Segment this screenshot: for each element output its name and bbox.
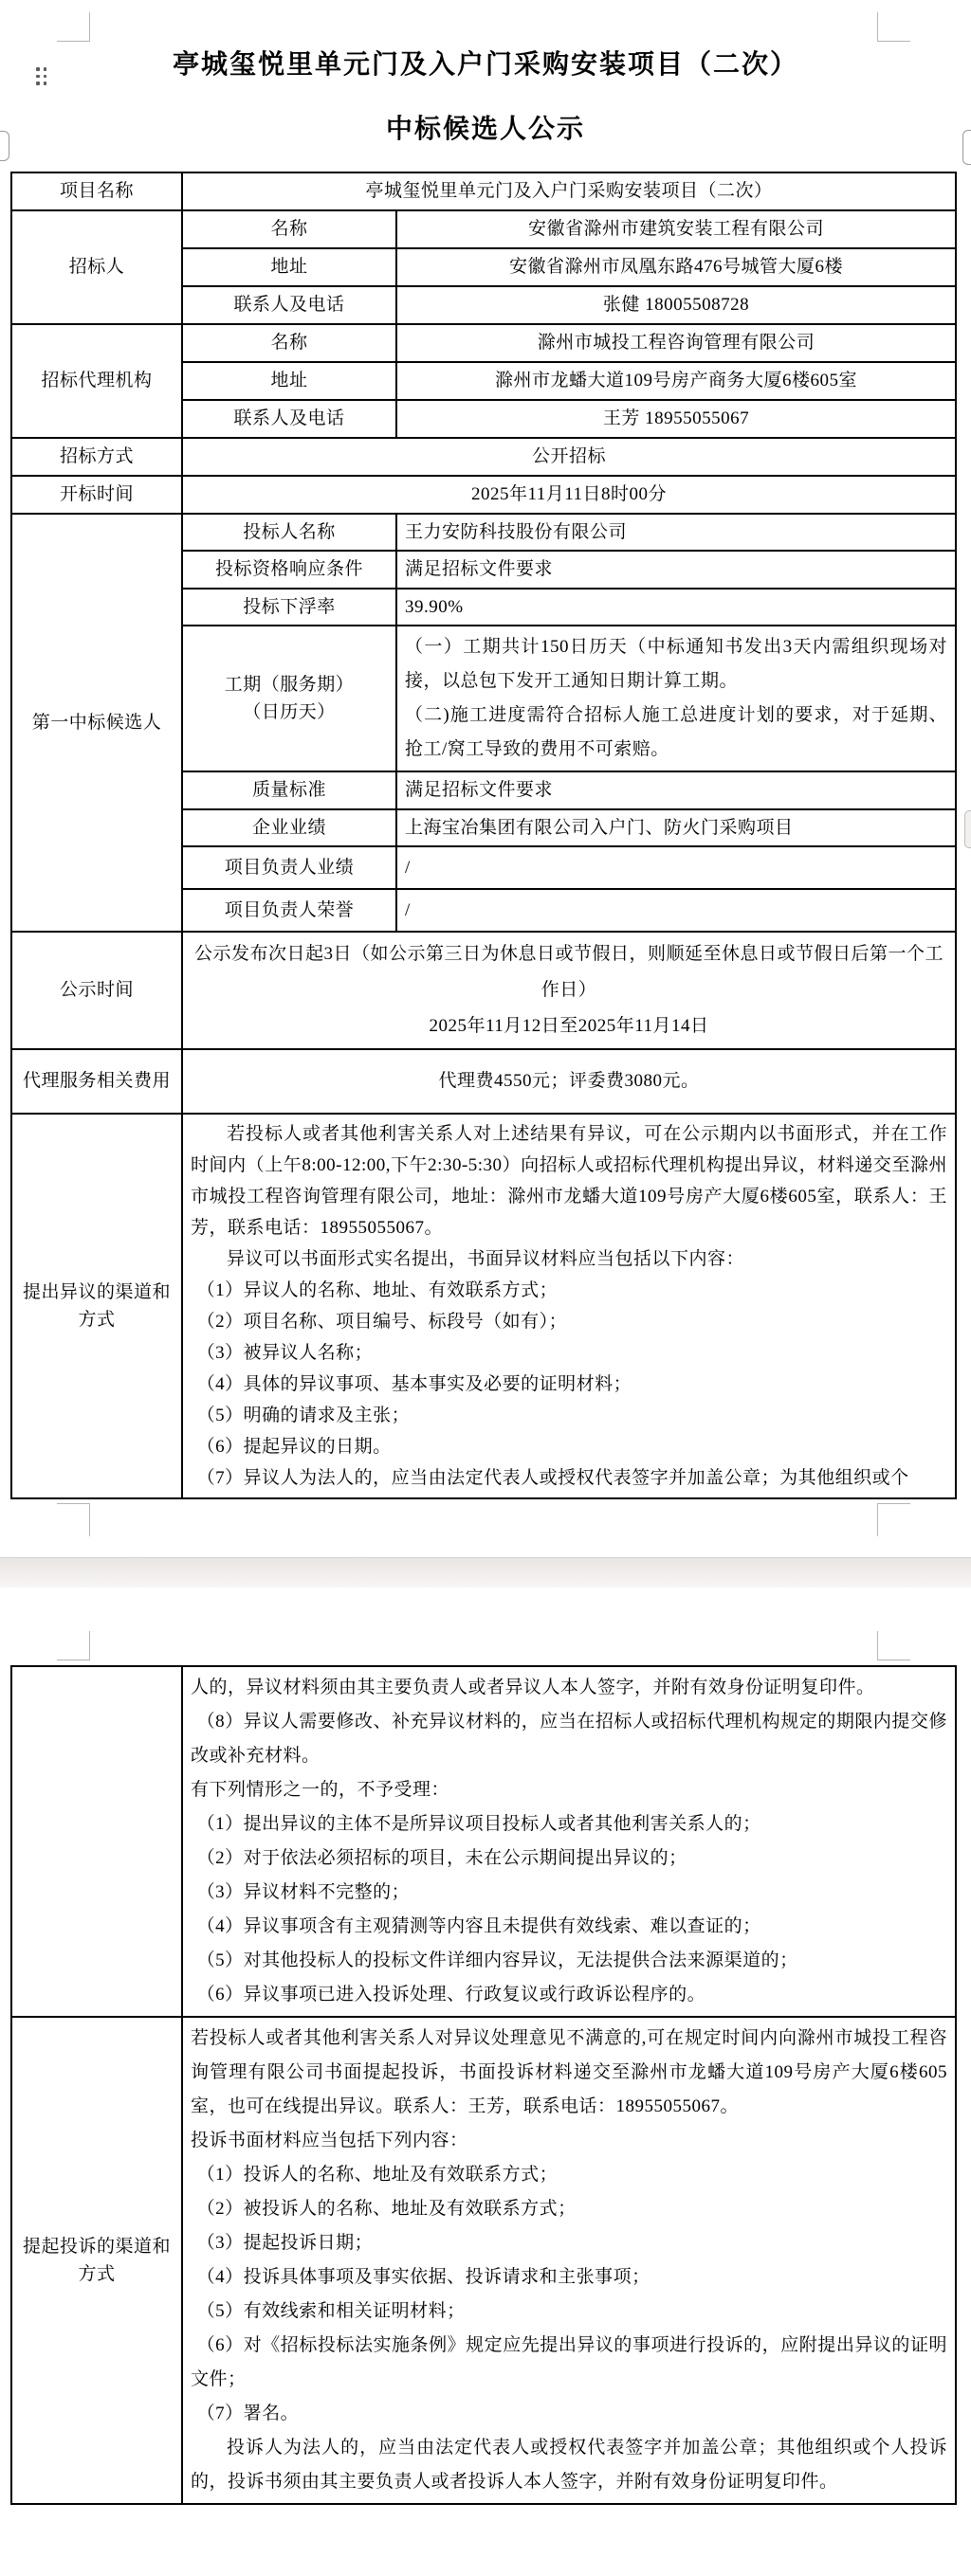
duration-value: （一）工期共计150日历天（中标通知书发出3天内需组织现场对接，以总包下发开工通…	[396, 626, 956, 771]
project-name-value: 亭城玺悦里单元门及入户门采购安装项目（二次）	[182, 172, 956, 210]
bidding-method-label: 招标方式	[11, 438, 182, 476]
objection-paragraph: （4）异议事项含有主观猜测等内容且未提供有效线索、难以查证的；	[191, 1910, 947, 1944]
complaint-channel-label: 提起投诉的渠道和方式	[11, 2017, 182, 2504]
objection-paragraph: （3）被异议人名称；	[191, 1337, 947, 1369]
complaint-paragraph: （1）投诉人的名称、地址及有效联系方式；	[191, 2158, 947, 2192]
duration-paragraph: （一）工期共计150日历天（中标通知书发出3天内需组织现场对接，以总包下发开工通…	[405, 630, 947, 698]
tenderee-name-value: 安徽省滁州市建筑安装工程有限公司	[396, 210, 956, 248]
objection-paragraph: （5）对其他投标人的投标文件详细内容异议，无法提供合法来源渠道的；	[191, 1944, 947, 1978]
complaint-paragraph: 投诉书面材料应当包括下列内容：	[191, 2124, 947, 2158]
complaint-channel-content: 若投标人或者其他利害关系人对异议处理意见不满意的,可在规定时间内向滁州市城投工程…	[182, 2017, 956, 2504]
objection-paragraph: （3）异议材料不完整的；	[191, 1876, 947, 1910]
complaint-paragraph: 若投标人或者其他利害关系人对异议处理意见不满意的,可在规定时间内向滁州市城投工程…	[191, 2022, 947, 2124]
agency-name-value: 滁州市城投工程咨询管理有限公司	[396, 324, 956, 362]
page2-top-left-margin-mark	[57, 1631, 90, 1660]
objection-paragraph: （2）项目名称、项目编号、标段号（如有）；	[191, 1306, 947, 1337]
enterprise-performance-value: 上海宝冶集团有限公司入户门、防火门采购项目	[396, 809, 956, 846]
duration-label-line1: 工期（服务期）	[191, 671, 388, 698]
complaint-paragraph: （7）署名。	[191, 2397, 947, 2431]
page-title: 亭城玺悦里单元门及入户门采购安装项目（二次）	[0, 44, 971, 82]
objection-paragraph: （6）提起异议的日期。	[191, 1431, 947, 1462]
enterprise-performance-label: 企业业绩	[182, 809, 396, 846]
tenderee-address-value: 安徽省滁州市凤凰东路476号城管大厦6楼	[396, 248, 956, 286]
complaint-paragraph: 投诉人为法人的，应当由法定代表人或授权代表签字并加盖公章；其他组织或个人投诉的，…	[191, 2431, 947, 2499]
bid-announcement-table-page2: 人的，异议材料须由其主要负责人或者异议人本人签字，并附有效身份证明复印件。 （8…	[10, 1665, 957, 2505]
duration-label: 工期（服务期） （日历天）	[182, 626, 396, 771]
agency-contact-value: 王芳 18955055067	[396, 400, 956, 438]
bid-announcement-table-page1: 项目名称 亭城玺悦里单元门及入户门采购安装项目（二次） 招标人 名称 安徽省滁州…	[10, 172, 957, 1499]
complaint-paragraph: （4）投诉具体事项及事实依据、投诉请求和主张事项；	[191, 2260, 947, 2295]
page1-top-left-margin-mark	[57, 12, 90, 42]
discount-rate-value: 39.90%	[396, 589, 956, 626]
pm-performance-label: 项目负责人业绩	[182, 846, 396, 889]
agency-label: 招标代理机构	[11, 324, 182, 438]
objection-paragraph: 若投标人或者其他利害关系人对上述结果有异议，可在公示期内以书面形式，并在工作时间…	[191, 1118, 947, 1243]
complaint-paragraph: （5）有效线索和相关证明材料；	[191, 2295, 947, 2329]
objection-paragraph: （7）异议人为法人的，应当由法定代表人或授权代表签字并加盖公章；为其他组织或个	[191, 1462, 947, 1494]
bidder-name-value: 王力安防科技股份有限公司	[396, 514, 956, 551]
complaint-paragraph: （3）提起投诉日期；	[191, 2226, 947, 2260]
qualification-value: 满足招标文件要求	[396, 551, 956, 588]
opening-time-value: 2025年11月11日8时00分	[182, 476, 956, 514]
page1-bottom-left-margin-mark	[57, 1503, 90, 1536]
agency-contact-label: 联系人及电话	[182, 400, 396, 438]
discount-rate-label: 投标下浮率	[182, 589, 396, 626]
bidder-name-label: 投标人名称	[182, 514, 396, 551]
objection-paragraph: （6）异议事项已进入投诉处理、行政复议或行政诉讼程序的。	[191, 1978, 947, 2012]
page2-top-right-margin-mark	[877, 1631, 910, 1660]
duration-label-line2: （日历天）	[191, 698, 388, 726]
quality-standard-value: 满足招标文件要求	[396, 771, 956, 808]
objection-channel-label: 提出异议的渠道和方式	[11, 1114, 182, 1498]
tenderee-contact-value: 张健 18005508728	[396, 286, 956, 324]
tenderee-label: 招标人	[11, 210, 182, 324]
objection-paragraph: （4）具体的异议事项、基本事实及必要的证明材料；	[191, 1369, 947, 1400]
publicity-paragraph: 2025年11月12日至2025年11月14日	[191, 1008, 947, 1044]
tenderee-address-label: 地址	[182, 248, 396, 286]
project-name-label: 项目名称	[11, 172, 182, 210]
pm-honor-value: /	[396, 889, 956, 932]
publicity-time-label: 公示时间	[11, 932, 182, 1049]
page-subtitle: 中标候选人公示	[0, 108, 971, 146]
page1-bottom-right-margin-mark	[877, 1503, 910, 1536]
scrollbar-thumb[interactable]	[964, 810, 971, 848]
objection-paragraph: （5）明确的请求及主张；	[191, 1400, 947, 1431]
objection-channel-label-continued	[11, 1666, 182, 2017]
duration-paragraph: （二)施工进度需符合招标人施工总进度计划的要求，对于延期、抢工/窝工导致的费用不…	[405, 698, 947, 767]
qualification-label: 投标资格响应条件	[182, 551, 396, 588]
complaint-paragraph: （2）被投诉人的名称、地址及有效联系方式；	[191, 2192, 947, 2226]
bidding-method-value: 公开招标	[182, 438, 956, 476]
objection-paragraph: （1）提出异议的主体不是所异议项目投标人或者其他利害关系人的；	[191, 1807, 947, 1841]
publicity-paragraph: 公示发布次日起3日（如公示第三日为休息日或节假日，则顺延至休息日或节假日后第一个…	[191, 936, 947, 1008]
document-page: 亭城玺悦里单元门及入户门采购安装项目（二次） 中标候选人公示 项目名称 亭城玺悦…	[0, 0, 971, 2576]
first-candidate-label: 第一中标候选人	[11, 514, 182, 932]
objection-channel-content-continued: 人的，异议材料须由其主要负责人或者异议人本人签字，并附有效身份证明复印件。 （8…	[182, 1666, 956, 2017]
pm-performance-value: /	[396, 846, 956, 889]
objection-paragraph: （2）对于依法必须招标的项目，未在公示期间提出异议的；	[191, 1841, 947, 1876]
agency-address-value: 滁州市龙蟠大道109号房产商务大厦6楼605室	[396, 362, 956, 400]
tenderee-name-label: 名称	[182, 210, 396, 248]
quality-standard-label: 质量标准	[182, 771, 396, 808]
page1-top-right-margin-mark	[877, 12, 910, 42]
objection-paragraph: （1）异议人的名称、地址、有效联系方式；	[191, 1275, 947, 1306]
publicity-time-value: 公示发布次日起3日（如公示第三日为休息日或节假日，则顺延至休息日或节假日后第一个…	[182, 932, 956, 1049]
agency-fee-value: 代理费4550元；评委费3080元。	[182, 1049, 956, 1114]
complaint-paragraph: （6）对《招标投标法实施条例》规定应先提出异议的事项进行投诉的，应附提出异议的证…	[191, 2329, 947, 2397]
objection-paragraph: 异议可以书面形式实名提出，书面异议材料应当包括以下内容：	[191, 1243, 947, 1275]
tenderee-contact-label: 联系人及电话	[182, 286, 396, 324]
objection-paragraph: 人的，异议材料须由其主要负责人或者异议人本人签字，并附有效身份证明复印件。	[191, 1671, 947, 1705]
agency-name-label: 名称	[182, 324, 396, 362]
agency-fee-label: 代理服务相关费用	[11, 1049, 182, 1114]
objection-channel-content: 若投标人或者其他利害关系人对上述结果有异议，可在公示期内以书面形式，并在工作时间…	[182, 1114, 956, 1498]
objection-paragraph: （8）异议人需要修改、补充异议材料的，应当在招标人或招标代理机构规定的期限内提交…	[191, 1705, 947, 1773]
opening-time-label: 开标时间	[11, 476, 182, 514]
objection-paragraph: 有下列情形之一的，不予受理：	[191, 1773, 947, 1807]
pm-honor-label: 项目负责人荣誉	[182, 889, 396, 932]
agency-address-label: 地址	[182, 362, 396, 400]
page-break-band	[0, 1557, 971, 1587]
